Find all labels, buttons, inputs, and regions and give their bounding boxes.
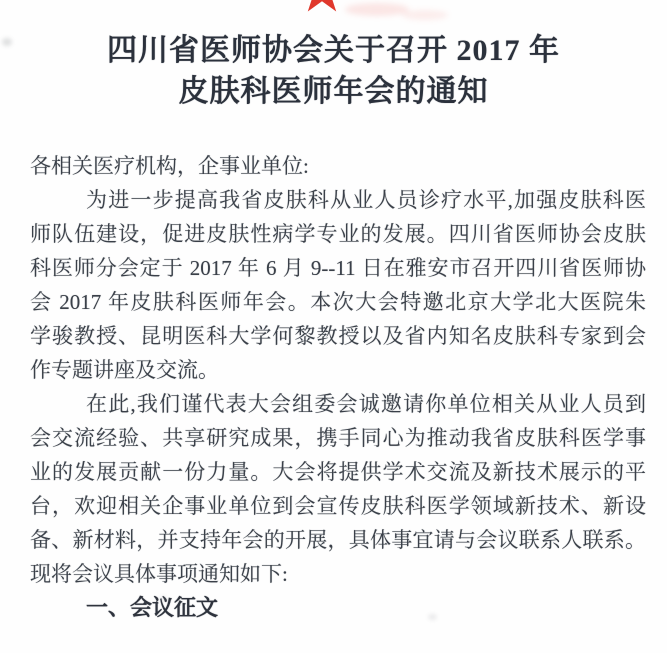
body-line: 会交流经验、共享研究成果，携手同心为推动我省皮肤科医学事: [30, 421, 646, 455]
section-heading: 一、会议征文: [30, 591, 646, 625]
red-ink-smudge: [402, 10, 448, 20]
body-line: 台，欢迎相关企事业单位到会宣传皮肤科医学领域新技术、新设: [30, 489, 646, 523]
scan-speck: [160, 596, 167, 601]
body-line: 现将会议具体事项通知如下:: [30, 557, 646, 591]
notice-body: 各相关医疗机构，企事业单位: 为进一步提高我省皮肤科从业人员诊疗水平,加强皮肤科…: [30, 149, 646, 625]
red-star-icon: [299, 0, 345, 13]
scan-speck: [428, 614, 437, 620]
body-line: 在此,我们谨代表大会组委会诚邀请你单位相关从业人员到: [30, 387, 646, 421]
scan-speck: [2, 38, 12, 46]
scanned-notice-page: { "emblem": { "star_color": "#e0382c" },…: [0, 0, 667, 653]
body-line: 学骏教授、昆明医科大学何黎教授以及省内知名皮肤科专家到会: [30, 319, 646, 353]
body-line: 业的发展贡献一份力量。大会将提供学术交流及新技术展示的平: [30, 455, 646, 489]
body-line: 师队伍建设，促进皮肤性病学专业的发展。四川省医师协会皮肤: [30, 217, 646, 251]
notice-title: 四川省医师协会关于召开 2017 年 皮肤科医师年会的通知: [0, 30, 667, 112]
body-line: 会 2017 年皮肤科医师年会。本次大会特邀北京大学北大医院朱: [30, 285, 646, 319]
body-line: 科医师分会定于 2017 年 6 月 9--11 日在雅安市召开四川省医师协: [30, 251, 646, 285]
red-star-shape: [299, 0, 345, 13]
body-line: 为进一步提高我省皮肤科从业人员诊疗水平,加强皮肤科医: [30, 183, 646, 217]
body-line: 备、新材料，并支持年会的开展，具体事宜请与会议联系人联系。: [30, 523, 646, 557]
notice-title-line-1: 四川省医师协会关于召开 2017 年: [0, 30, 667, 71]
red-ink-smudge: [345, 3, 409, 16]
body-line: 作专题讲座及交流。: [30, 353, 646, 387]
salutation: 各相关医疗机构，企事业单位:: [30, 149, 646, 183]
notice-title-line-2: 皮肤科医师年会的通知: [0, 71, 667, 112]
